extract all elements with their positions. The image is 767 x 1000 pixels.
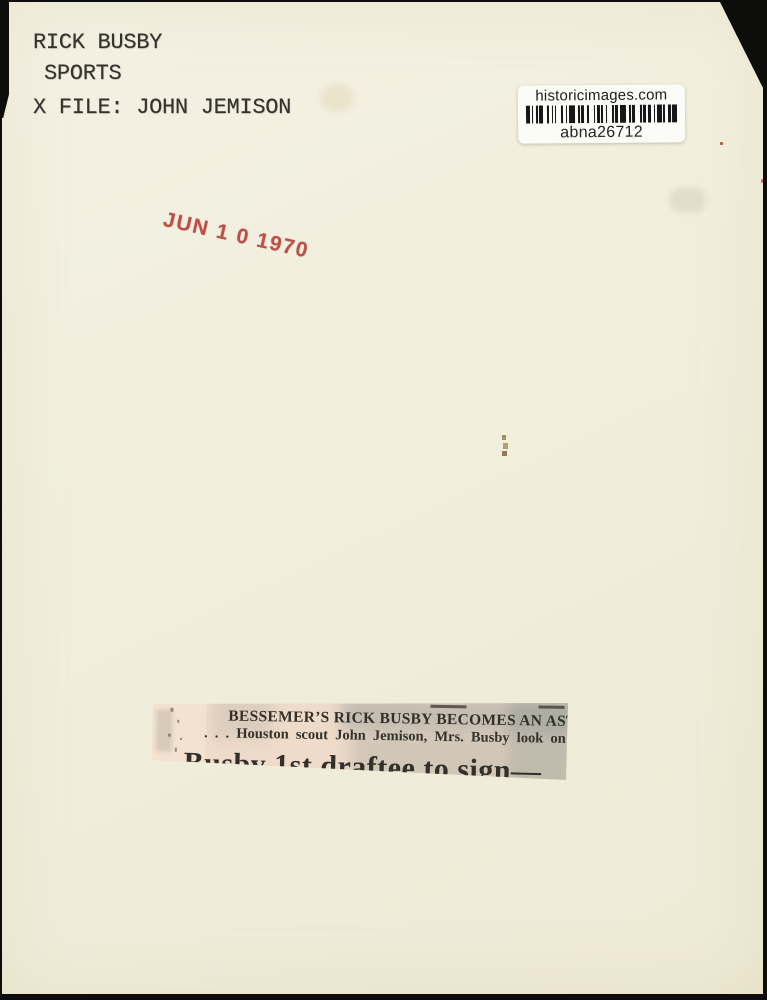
typewritten-line-name: RICK BUSBY [33,32,162,54]
ink-speckle [168,734,171,737]
printed-rule-fragment [431,705,467,709]
newspaper-clipping-content: BESSEMER’S RICK BUSBY BECOMES AN ASTRO .… [149,697,572,796]
sticker-website-label: historicimages.com [518,86,685,104]
red-speck [720,142,723,145]
date-stamp: JUN 1 0 1970 [161,208,311,264]
red-speck [761,179,763,183]
ink-speckle [177,720,179,723]
typewritten-line-file: X FILE: JOHN JEMISON [33,97,291,119]
ink-smudge [156,709,173,751]
typewritten-line-department: SPORTS [44,63,121,85]
printed-rule-fragment [469,778,489,782]
stain-mark [502,451,507,456]
ink-speckle [170,708,173,712]
stain-mark [502,435,506,440]
archive-sticker: historicimages.com abna26712 [518,84,685,143]
photo-paper: RICK BUSBY SPORTS X FILE: JOHN JEMISON J… [2,2,763,994]
printed-rule-fragment [539,705,565,708]
ink-speckle [180,738,182,740]
newspaper-clipping: BESSEMER’S RICK BUSBY BECOMES AN ASTRO .… [150,698,572,790]
ink-speckle [175,748,177,752]
stain-mark [503,443,508,449]
scanned-photo-back: RICK BUSBY SPORTS X FILE: JOHN JEMISON J… [0,0,767,1000]
sticker-code-label: abna26712 [518,123,685,141]
paper-smudge [320,84,354,112]
paper-smudge [670,187,706,213]
barcode-icon [525,104,677,123]
